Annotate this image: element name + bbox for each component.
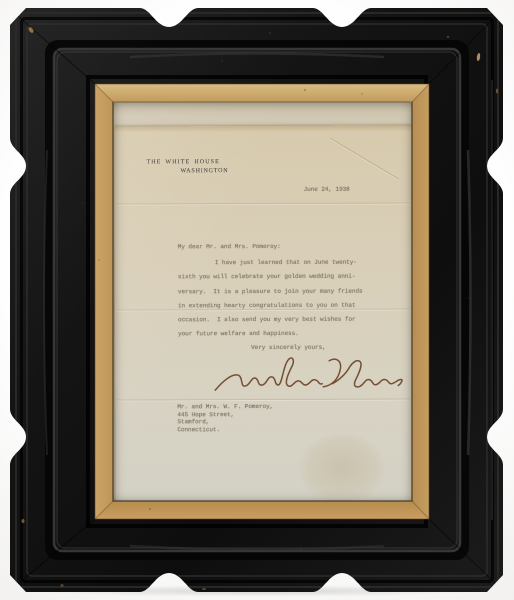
liner-inner-lip bbox=[113, 102, 412, 501]
picture-frame bbox=[0, 0, 514, 600]
liner-miter-lines bbox=[95, 84, 429, 519]
gold-liner bbox=[95, 84, 429, 519]
photo-of-framed-letter: THE WHITE HOUSE WASHINGTON June 24, 1938… bbox=[0, 0, 514, 600]
liner-flecks bbox=[98, 89, 363, 510]
